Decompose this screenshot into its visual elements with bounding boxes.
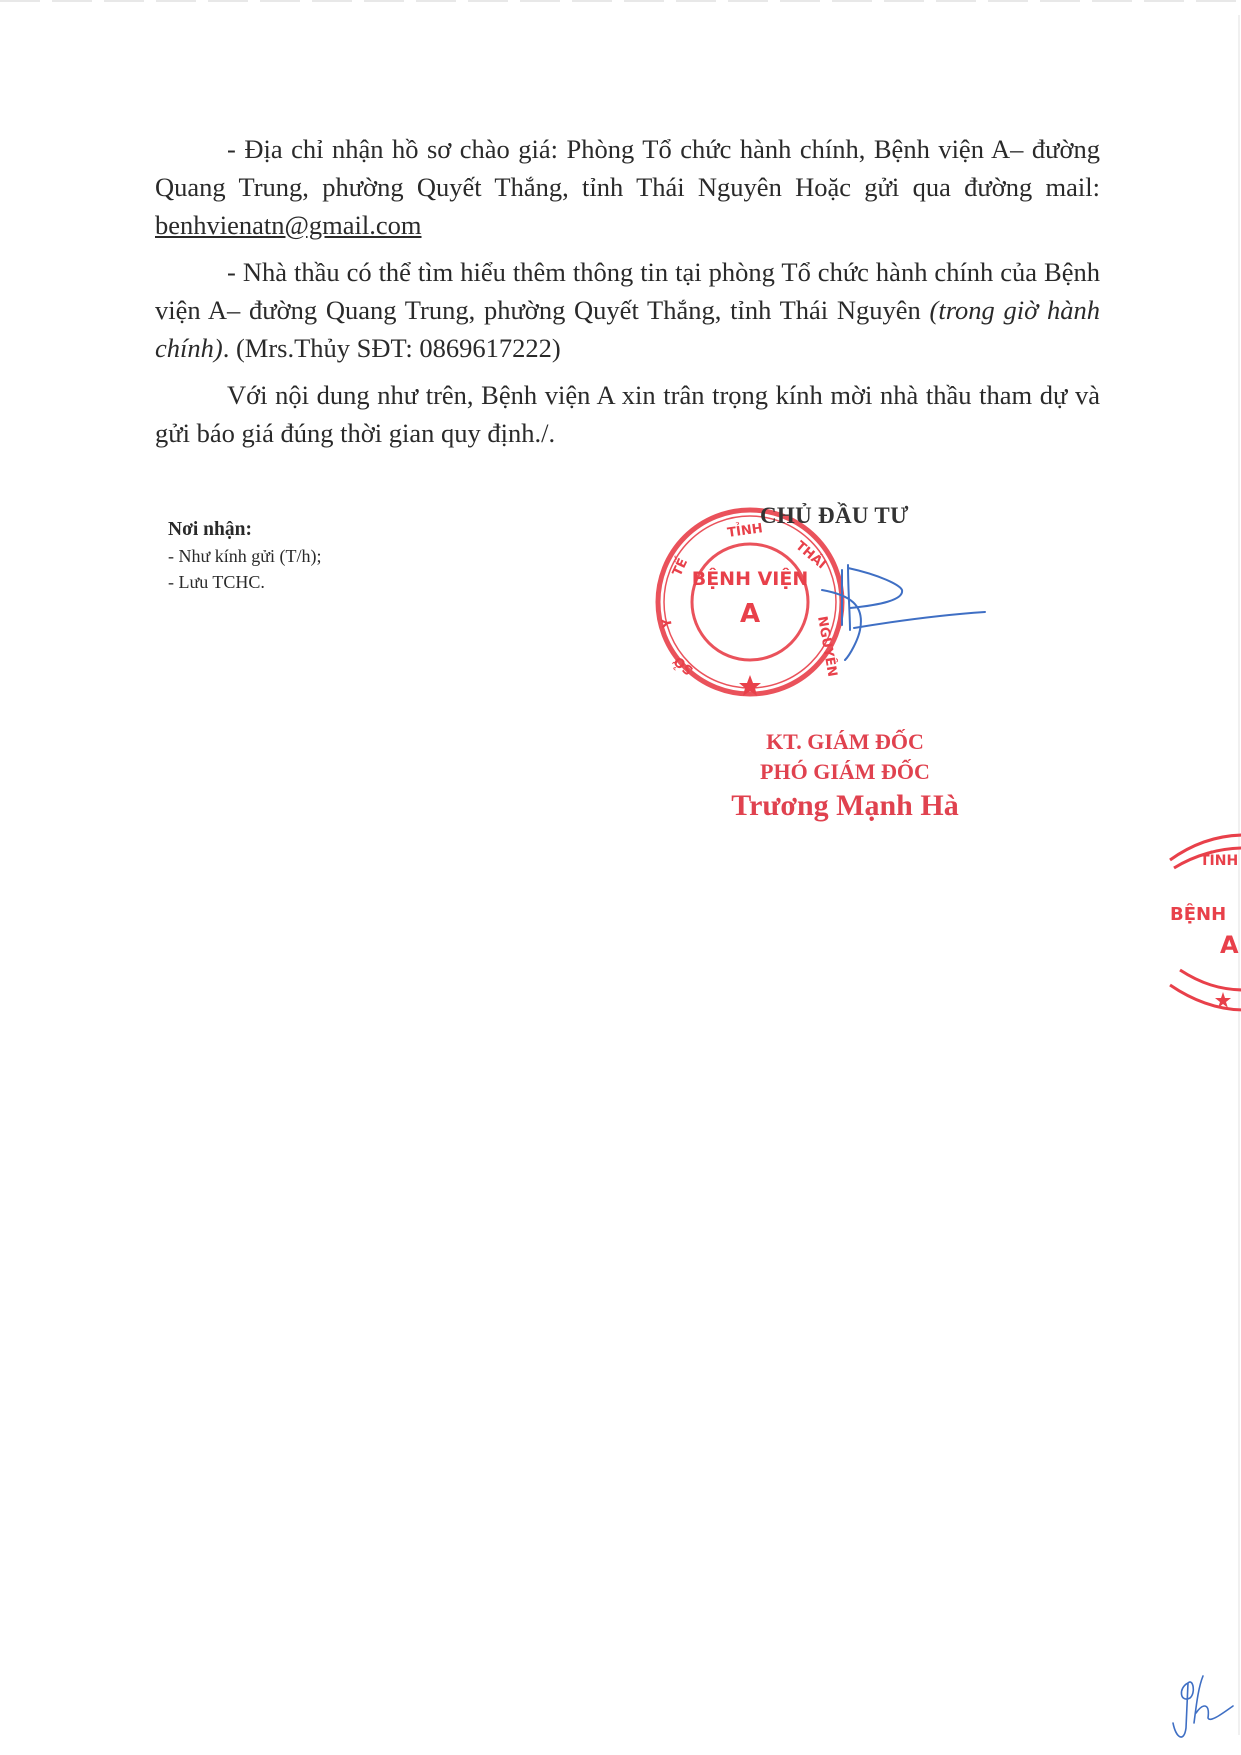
- page-top-edge: [0, 0, 1241, 2]
- signature-block: KT. GIÁM ĐỐC PHÓ GIÁM ĐỐC Trương Mạnh Hà: [700, 727, 990, 825]
- svg-text:A: A: [740, 599, 760, 629]
- signature-icon: [820, 560, 990, 670]
- partial-stamp-icon: TỈNH BỆNH A: [1160, 820, 1241, 1020]
- recipients-title: Nơi nhận:: [168, 517, 322, 543]
- svg-text:TẾ: TẾ: [668, 555, 691, 578]
- recipient-item: - Lưu TCHC.: [168, 569, 322, 595]
- signer-title-2: PHÓ GIÁM ĐỐC: [700, 757, 990, 787]
- svg-text:TỈNH: TỈNH: [1200, 850, 1238, 869]
- initials-signature-icon: [1168, 1668, 1238, 1748]
- recipient-item: - Như kính gửi (T/h);: [168, 543, 322, 569]
- svg-text:BỆNH VIỆN: BỆNH VIỆN: [692, 566, 809, 590]
- svg-text:BỆNH: BỆNH: [1170, 903, 1226, 925]
- signer-name: Trương Mạnh Hà: [700, 787, 990, 825]
- contact-phone: . (Mrs.Thủy SĐT: 0869617222): [223, 333, 561, 363]
- paragraph-contact: - Nhà thầu có thể tìm hiểu thêm thông ti…: [155, 253, 1100, 367]
- svg-text:TỈNH: TỈNH: [726, 519, 763, 541]
- paragraph-address: - Địa chỉ nhận hồ sơ chào giá: Phòng Tổ …: [155, 130, 1100, 244]
- email-link[interactable]: benhvienatn@gmail.com: [155, 210, 422, 240]
- recipients-block: Nơi nhận: - Như kính gửi (T/h); - Lưu TC…: [168, 517, 322, 595]
- invitation-text: Với nội dung như trên, Bệnh viện A xin t…: [155, 380, 1100, 448]
- signer-title-1: KT. GIÁM ĐỐC: [700, 727, 990, 757]
- address-text: - Địa chỉ nhận hồ sơ chào giá: Phòng Tổ …: [155, 134, 1100, 202]
- svg-text:A: A: [1220, 931, 1239, 959]
- signer-role: CHỦ ĐẦU TƯ: [760, 503, 909, 529]
- paragraph-invitation: Với nội dung như trên, Bệnh viện A xin t…: [155, 376, 1100, 452]
